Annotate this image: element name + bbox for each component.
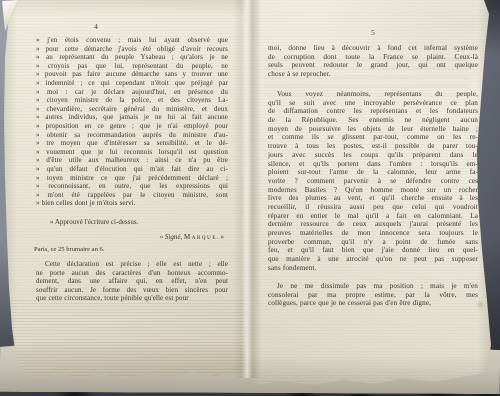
text-line: » moi : car je déclare aujourd'hui, en p… (36, 88, 228, 97)
text-line: consolerai par ma propre estime, par la … (268, 291, 478, 300)
text-line: » toyen ministre ce que j'ai précédemmen… (36, 174, 228, 183)
text-line: » pour cette démarche j'avois été obligé… (36, 45, 228, 54)
text-line: » au représentant du peuple Ysabeau ; qu… (36, 53, 228, 62)
page-number-right: 5 (268, 28, 478, 37)
text-line: silence, et qu'ils portent dans l'ombre … (268, 160, 478, 169)
text-line: ne porte aucun des caractères d'un honte… (36, 269, 228, 278)
text-line: » m'ont été rappelées par le citoyen min… (36, 191, 228, 200)
text-line: souffrir aucun. Je forme des vœux bien s… (36, 286, 228, 295)
page-left-sheet: 4 » j'en étois convenu ; mais lui ayant … (0, 0, 252, 380)
signature-line: » Signé, Marque. » (36, 233, 228, 242)
text-line: » reconnoissant, en outre, que les expre… (36, 182, 228, 191)
text-line: » j'en étois convenu ; mais lui ayant ob… (36, 36, 228, 45)
text-line: et comme ils se glissent par-tout, comme… (268, 133, 478, 142)
text-line: » vouement que je lui reconnois lorsqu'i… (36, 148, 228, 157)
text-line: collègues, parce que je ne cesserai pas … (268, 299, 478, 308)
signature-prefix: » Signé, (160, 233, 184, 241)
dateline: Paris, ce 25 brumaire an 6. (34, 246, 226, 254)
text-line: recueillir, il réussira aussi peu que ce… (268, 203, 478, 212)
text-line: ploient sur-tout l'arme de la calomnie, … (268, 168, 478, 177)
text-line: proverbe commun, qu'il n'y a point de fu… (268, 238, 478, 247)
text-line: livre des plumes au vent, et qu'il cherc… (268, 194, 478, 203)
text-line: » bien celles dont je m'étois servi. (36, 199, 228, 208)
paragraph-3: Je ne me dissimule pas ma position ; mai… (268, 282, 478, 308)
text-line: seuls peuvent redouter le grand jour, qu… (268, 61, 478, 70)
page-right-content: 5 moi, donne lieu à découvrir à fond cet… (246, 0, 500, 390)
text-line: jours avec succès les coups qu'ils prépa… (268, 151, 478, 160)
text-line: preuves matérielles de mon innocence ser… (268, 229, 478, 238)
text-line: chose à se reprocher. (268, 70, 478, 79)
quoted-declaration: » j'en étois convenu ; mais lui ayant ob… (36, 36, 228, 208)
text-line: » pouvoit pas faire aucune démarche sans… (36, 70, 228, 79)
closing-paragraph: Cette déclaration est précise ; elle est… (36, 260, 228, 303)
text-line: feu, et qu'il faut bien que j'aie donné … (268, 246, 478, 255)
text-line: modernes Basiles ? Qu'un homme monté sur… (268, 186, 478, 195)
text-line: réparer en entier le mal qu'il a fait en… (268, 212, 478, 221)
text-line: que cette circonstance, toute pénible qu… (36, 294, 228, 303)
text-line: » d'être utile aux malheureux : ainsi ce… (36, 156, 228, 165)
text-line: » obtenir sa recommandation auprès du mi… (36, 131, 228, 140)
approval-line: » Approuvé l'écriture ci-dessus. (36, 218, 228, 227)
text-line: » indemnité ; ce qui cependant n'étoit q… (36, 79, 228, 88)
text-line: » autres individus, que jamais je ne lui… (36, 113, 228, 122)
text-line: dernière ressource de ceux auxquels j'au… (268, 220, 478, 229)
text-line: sans fondement. (268, 264, 478, 273)
paragraph-2: Vous voyez néanmoins, représentans du pe… (268, 90, 478, 272)
page-number-left: 4 (0, 22, 192, 31)
text-line: qu'il se suit avec une incroyable persév… (268, 99, 478, 108)
text-line: de corruption dont toute la France se pl… (268, 53, 478, 62)
text-line: de diffamation contre les représentans e… (268, 107, 478, 116)
text-line: » croyois pas que lui, représentant du p… (36, 62, 228, 71)
text-line: moyen de poursuivre les objets de leur é… (268, 125, 478, 134)
text-line: » tre moyen que d'intéresser sa sensibil… (36, 139, 228, 148)
text-line: de la République. Ses ennemis ne néglige… (268, 116, 478, 125)
signature-suffix: . » (217, 233, 224, 241)
text-line: » qu'un défaut d'élocution qui m'ait fai… (36, 165, 228, 174)
page-left-content: 4 » j'en étois convenu ; mais lui ayant … (0, 0, 252, 380)
text-line: dement, dans une affaire qui, en effet, … (36, 277, 228, 286)
text-line: Je ne me dissimule pas ma position ; mai… (268, 282, 478, 291)
text-line: » chevardière, secrétaire général du min… (36, 105, 228, 114)
text-line: que manière à une atrocité qu'on ne peut… (268, 255, 478, 264)
text-line: » citoyen ministre de la police, et des … (36, 96, 228, 105)
page-right-sheet: 5 moi, donne lieu à découvrir à fond cet… (246, 0, 500, 390)
signature-name: Marque (184, 233, 217, 241)
text-line: Cette déclaration est précise ; elle est… (36, 260, 228, 269)
photograph-of-pamphlet: 4 » j'en étois convenu ; mais lui ayant … (0, 0, 500, 396)
text-line: trouve à tous les postes, est-il possibl… (268, 142, 478, 151)
text-line: moi, donne lieu à découvrir à fond cet i… (268, 44, 478, 53)
paragraph-1: moi, donne lieu à découvrir à fond cet i… (268, 44, 478, 79)
text-line: » proposition en ce genre ; que je n'ai … (36, 122, 228, 131)
text-line: Vous voyez néanmoins, représentans du pe… (268, 90, 478, 99)
text-line: vorite ? comment parvenir à se défendre … (268, 177, 478, 186)
